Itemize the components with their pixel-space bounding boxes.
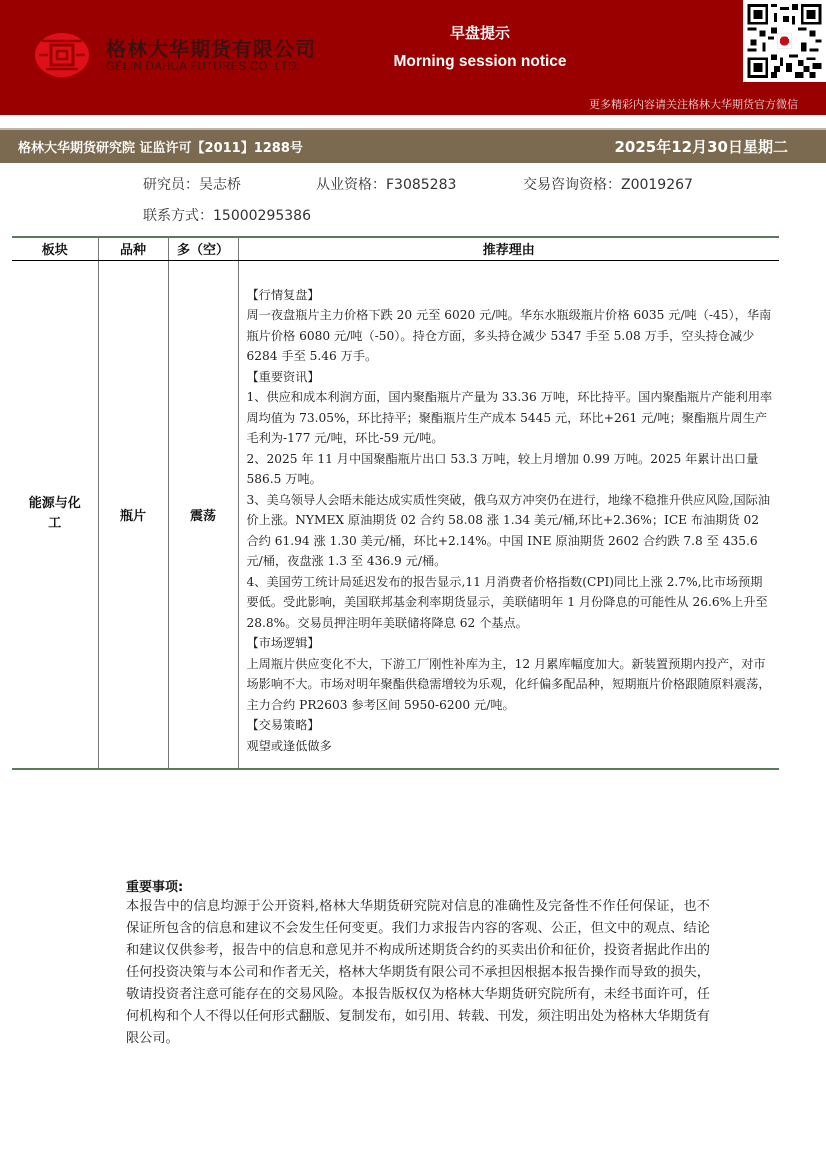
strategy-text: 观望或逢低做多 [247,736,774,757]
institute-license: 格林大华期货研究院 证监许可【2011】1288号 [18,137,303,156]
news-item-4: 4、美国劳工统计局延迟发布的报告显示,11 月消费者价格指数(CPI)同比上涨 … [247,572,774,634]
table-header-row: 板块 品种 多（空） 推荐理由 [12,237,779,260]
header-variety: 品种 [98,237,168,260]
researcher-contact: 联系方式：15000295386 [143,205,311,225]
logic-text: 上周瓶片供应变化不大，下游工厂刚性补库为主，12 月累库幅度加大。新装置预期内投… [247,654,774,716]
news-item-3: 3、美乌领导人会晤未能达成实质性突破，俄乌双方冲突仍在进行，地缘不稳推升供应风险… [247,490,774,572]
researcher-name: 研究员：吴志桥 [143,174,241,194]
disclaimer-body: 本报告中的信息均源于公开资料,格林大华期货研究院对信息的准确性及完备性不作任何保… [126,896,710,1050]
news-item-2: 2、2025 年 11 月中国聚酯瓶片出口 53.3 万吨，较上月增加 0.99… [247,449,774,490]
researcher-consult-qualification: 交易咨询资格：Z0019267 [523,174,693,194]
section-heading-logic: 【市场逻辑】 [247,633,774,654]
qr-code-icon [747,4,822,78]
header-reason: 推荐理由 [238,237,779,260]
recommendation-table: 板块 品种 多（空） 推荐理由 能源与化工 瓶片 震荡 【行情复盘】 周一夜盘瓶… [12,236,779,770]
table-row: 能源与化工 瓶片 震荡 【行情复盘】 周一夜盘瓶片主力价格下跌 20 元至 60… [12,260,779,769]
researcher-qualification: 从业资格：F3085283 [316,174,456,194]
notice-title-cn: 早盘提示 [380,22,580,43]
cell-reason: 【行情复盘】 周一夜盘瓶片主力价格下跌 20 元至 6020 元/吨。华东水瓶级… [238,260,779,769]
notice-title-en: Morning session notice [380,53,580,71]
wechat-qr-code [743,0,826,82]
header-direction: 多（空） [168,237,238,260]
section-heading-strategy: 【交易策略】 [247,715,774,736]
cell-variety: 瓶片 [98,260,168,769]
company-name-en: GELIN DAHUA FUTURES CO.,LTD. [106,61,300,73]
disclaimer-title: 重要事项: [126,876,183,895]
header-sector: 板块 [12,237,98,260]
news-item-1: 1、供应和成本利润方面，国内聚酯瓶片产量为 33.36 万吨，环比持平。国内聚酯… [247,387,774,449]
report-date: 2025年12月30日星期二 [615,136,789,157]
header-banner: 格林大华期货有限公司 GELIN DAHUA FUTURES CO.,LTD. … [0,0,826,115]
follow-wechat-text: 更多精彩内容请关注格林大华期货官方微信 [589,96,798,112]
company-logo-icon [34,32,90,78]
section-heading-review: 【行情复盘】 [247,285,774,306]
company-name-cn: 格林大华期货有限公司 [106,33,316,62]
cell-direction: 震荡 [168,260,238,769]
research-institute-bar: 格林大华期货研究院 证监许可【2011】1288号 2025年12月30日星期二 [0,128,826,163]
section-heading-news: 【重要资讯】 [247,367,774,388]
cell-sector: 能源与化工 [12,260,98,769]
review-text: 周一夜盘瓶片主力价格下跌 20 元至 6020 元/吨。华东水瓶级瓶片价格 60… [247,305,774,367]
